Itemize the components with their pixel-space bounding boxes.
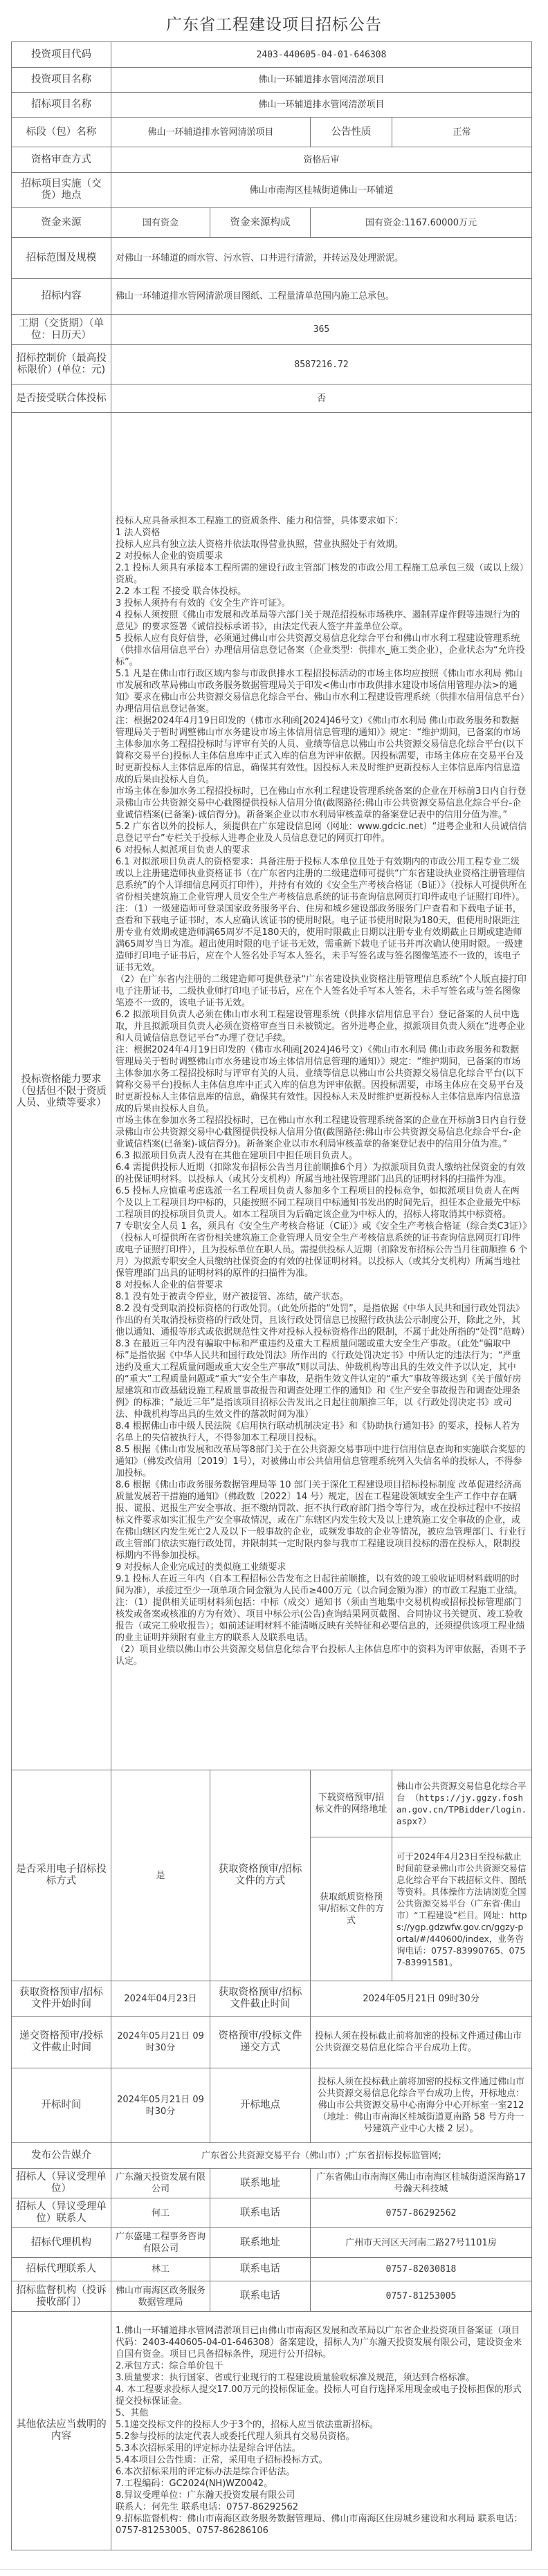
paragraph: 8.1 没有处于被责令停业，财产被接管、冻结，破产状态。	[116, 1291, 527, 1303]
value-section-name: 佛山一环辅道排水管网清淤项目	[111, 118, 311, 147]
value-content: 佛山一环辅道排水管网清淤项目图纸、工程量清单范围内施工总承包。	[111, 279, 532, 315]
row-supervisor: 招标监督机构（投诉接收部门） 佛山市南海区政务服务数据管理局 联系电话 0757…	[12, 2281, 532, 2312]
value-tenderer-address: 广东省佛山市南海区佛山市南海区桂城街道深海路17号瀚天科技城	[311, 2169, 532, 2198]
value-project-code: 2403-440605-04-01-646308	[111, 42, 532, 68]
paragraph: 6.5 投标人应慎重考虑选派一名工程项目负责人参加多个工程项目的投标竞争，如拟派…	[116, 1185, 527, 1221]
row-doc-time: 获取资格预审/招标文件开始时间 2024年04月23日 获取资格预审/招标文件截…	[12, 1981, 532, 2017]
paragraph: 5、其他	[116, 2407, 527, 2419]
value-funding-source: 国有资金	[111, 208, 210, 238]
label-location: 招标项目实施（交货）地点	[12, 173, 111, 208]
paragraph: 市场主体在参加水务工程招投标时，已在佛山市水利工程建设管理系统备案的企业在开标前…	[116, 1115, 527, 1150]
paragraph: 8.异议受理单位：广东瀚天投资发展有限公司	[116, 2490, 527, 2501]
row-funding: 资金来源 国有资金 资金来源构成 国有资金:1167.60000万元	[12, 208, 532, 238]
row-duration: 工期（交货期）（单位：日历天） 365	[12, 315, 532, 345]
value-tenderer: 广东瀚天投资发展有限公司	[111, 2169, 210, 2198]
label-project-name: 投资项目名称	[12, 68, 111, 93]
paragraph: （2）项目业绩以佛山市公共资源交易信息化综合平台投标人主体信息库中的资料为评审依…	[116, 1644, 527, 1667]
paragraph: 市场主体在参加水务工程招投标时，已在佛山市水利工程建设管理系统备案的企业在开标前…	[116, 786, 527, 821]
row-submit: 递交资格预审/投标文件截止时间 2024年05月21日 09时30分 资格预审/…	[12, 2017, 532, 2068]
label-doc-method: 获取资格预审/招标文件的方式	[210, 1770, 311, 1981]
label-media: 发布公告媒介	[12, 2143, 111, 2169]
paragraph: 3.质量要求：执行国家、省或行业现行的工程建设质量验收标准及规范，须达到合格标准…	[116, 2372, 527, 2384]
value-scope: 对佛山一环辅道的雨水管、污水管、口井进行清淤，并转运及处理淤泥。	[111, 238, 532, 279]
value-consortium: 否	[111, 384, 532, 413]
row-location: 招标项目实施（交货）地点 佛山市南海区桂城街道佛山一环辅道	[12, 173, 532, 208]
paragraph: 5 投标人应有良好信誉，必须通过佛山市公共资源交易信息化综合平台和佛山市水利工程…	[116, 633, 527, 668]
value-duration: 365	[111, 315, 532, 345]
paragraph: 9 对投标人企业完成过的类似施工业绩要求	[116, 1562, 527, 1573]
value-submit-method: 投标人须在投标截止前将加密的投标文件通过佛山市公共资源交易信息化综合平台成功上传…	[311, 2017, 532, 2068]
label-agency-address: 联系地址	[210, 2228, 311, 2258]
paragraph: 8.5 根据《佛山市发展和改革局等8部门关于在公共资源交易事项中进行信用信息查询…	[116, 1444, 527, 1479]
paragraph: 2 对投标人企业的资质要求	[116, 550, 527, 562]
row-scope: 招标范围及规模 对佛山一环辅道的雨水管、污水管、口井进行清淤，并转运及处理淤泥。	[12, 238, 532, 279]
paragraph: 2.承包方式：综合单价包干	[116, 2360, 527, 2372]
value-doc-end: 2024年05月21日 09时30分	[311, 1981, 532, 2017]
row-tender-project-name: 招标项目名称 佛山一环辅道排水管网清淤项目	[12, 93, 532, 118]
footer-divider	[0, 2569, 548, 2570]
paragraph: 8.4 根据佛山市中级人民法院《启用执行联动机制决定书》和《协助执行通知书》的要…	[116, 1420, 527, 1444]
announcement-page: 广东省工程建设项目招标公告 投资项目代码 2403-440605-04-01-6…	[0, 0, 548, 2576]
label-supervisor-phone: 联系电话	[210, 2281, 311, 2312]
paragraph: 5.1 凡是在佛山市行政区域内参与市政供排水工程招投标活动的市场主体均应按照《佛…	[116, 668, 527, 715]
row-project-code: 投资项目代码 2403-440605-04-01-646308	[12, 42, 532, 68]
paragraph: 6.3 拟派项目负责人没有在其他在建项目中担任项目负责人。	[116, 1150, 527, 1162]
value-qualification-requirements: 投标人应具备承担本工程施工的资质条件、能力和信誉，具体要求如下：1 法人资格投标…	[111, 413, 532, 1770]
paragraph: 6.4 需提供投标人近期（扣除发布招标公告当月往前顺推6个月）为拟派项目负责人缴…	[116, 1162, 527, 1185]
label-project-code: 投资项目代码	[12, 42, 111, 68]
paragraph: 7.工程编码：GC2024(NH)WZ0042。	[116, 2478, 527, 2490]
value-opening-place: 投标人须在投标截止前将加密的投标文件通过佛山市公共资源交易信息化综合平台成功上传…	[311, 2068, 532, 2143]
paragraph: 5.2参与投标的法定代表人或委托代理人须具有交易员资格。	[116, 2431, 527, 2443]
paragraph: 2.2 本工程 不接受 联合体投标。	[116, 586, 527, 597]
value-other: 1.佛山一环辅道排水管网清淤项目已由佛山市南海区发展和改革局以广东省企业投资项目…	[111, 2312, 532, 2550]
value-tenderer-phone: 0757-86292562	[311, 2198, 532, 2228]
label-agency-phone: 联系电话	[210, 2258, 311, 2281]
page-title: 广东省工程建设项目招标公告	[0, 12, 548, 37]
label-announcement-nature: 公告性质	[311, 118, 392, 147]
paragraph: 6.2 拟派项目负责人必须在佛山市水利工程建设管理系统（供排水信用信息平台）登记…	[116, 1009, 527, 1044]
other-paragraphs: 1.佛山一环辅道排水管网清淤项目已由佛山市南海区发展和改革局以广东省企业投资项目…	[116, 2325, 527, 2537]
value-tenderer-contact: 何工	[111, 2198, 210, 2228]
paragraph: 5.4本项目公告性质：正常，采用电子招标投标方式。	[116, 2454, 527, 2466]
label-submit-method: 资格预审/投标文件递交方式	[210, 2017, 311, 2068]
paragraph: 6.本次招标采用的评定标办法是综合评估法。	[116, 2466, 527, 2478]
row-tenderer: 招标人（异议受理单位） 广东瀚天投资发展有限公司 联系地址 广东省佛山市南海区佛…	[12, 2169, 532, 2198]
label-content: 招标内容	[12, 279, 111, 315]
label-tenderer-contact: 招标人（异议受理单位）联系人	[12, 2198, 111, 2228]
label-ebid: 是否采用电子招标投标方式	[12, 1770, 111, 1981]
value-download-url[interactable]: 佛山市公共资源交易信息化综合平台 （https://jy.ggzy.foshan…	[392, 1770, 532, 1837]
label-opening-time: 开标时间	[12, 2068, 111, 2143]
paragraph: 注：（1）一级建造师可登录国家政务服务平台、住房和城乡建设部政务服务门户查看和下…	[116, 903, 527, 974]
paragraph: 投标人应具有独立法人资格并依法取得营业执照，营业执照处于有效期。	[116, 539, 527, 550]
value-supervisor-phone: 0757-81253005	[311, 2281, 532, 2312]
label-funding-composition: 资金来源构成	[210, 208, 311, 238]
label-section-name: 标段（包）名称	[12, 118, 111, 147]
row-control-price: 招标控制价（最高投标限价）(单位：元) 8587216.72	[12, 345, 532, 384]
value-agency-address: 广州市天河区天河南二路27号1101房	[311, 2228, 532, 2258]
row-content: 招标内容 佛山一环辅道排水管网清淤项目图纸、工程量清单范围内施工总承包。	[12, 279, 532, 315]
row-consortium: 是否接受联合体投标 否	[12, 384, 532, 413]
paragraph: 7 专职安全人员 1 名，须具有《安全生产考核合格证（C证）》或《安全生产考核合…	[116, 1221, 527, 1279]
paragraph: 3 投标人须持有有效的《安全生产许可证》。	[116, 597, 527, 609]
value-opening-time: 2024年05月21日 09时30分	[111, 2068, 210, 2143]
value-location: 佛山市南海区桂城街道佛山一环辅道	[111, 173, 532, 208]
value-doc-start: 2024年04月23日	[111, 1981, 210, 2017]
paragraph: （2）在广东省内注册的二级建造师可提供登录“广东省建设执业资格注册管理信息系统”…	[116, 974, 527, 1009]
value-agency-phone: 0757-82030818	[311, 2258, 532, 2281]
paragraph: 6 对投标人拟派项目负责人的要求	[116, 844, 527, 856]
paragraph: 注：根据2024年4月19日印发的（佛市水利函[2024]46号文）《佛山市水利…	[116, 1044, 527, 1115]
paragraph: 联系人：何先生 联系电话：0757-86292562	[116, 2501, 527, 2513]
row-tenderer-contact: 招标人（异议受理单位）联系人 何工 联系电话 0757-86292562	[12, 2198, 532, 2228]
row-qualification-method: 资格审查方式 资格后审	[12, 147, 532, 173]
label-duration: 工期（交货期）（单位：日历天）	[12, 315, 111, 345]
paragraph: 1.佛山一环辅道排水管网清淤项目已由佛山市南海区发展和改革局以广东省企业投资项目…	[116, 2325, 527, 2360]
paragraph: 5.3本次招标采用的评定标办法是综合评估法。	[116, 2443, 527, 2454]
value-control-price: 8587216.72	[111, 345, 532, 384]
value-qualification-method: 资格后审	[111, 147, 532, 173]
label-agency-contact: 招标代理联系人	[12, 2258, 111, 2281]
label-supervisor: 招标监督机构（投诉接收部门）	[12, 2281, 111, 2312]
label-other: 其他依法应当载明的内容	[12, 2312, 111, 2550]
row-media: 发布公告媒介 广东省公共资源交易平台（佛山市）;广东省招标投标监管网;	[12, 2143, 532, 2169]
row-other: 其他依法应当载明的内容 1.佛山一环辅道排水管网清淤项目已由佛山市南海区发展和改…	[12, 2312, 532, 2550]
label-control-price: 招标控制价（最高投标限价）(单位：元)	[12, 345, 111, 384]
label-funding-source: 资金来源	[12, 208, 111, 238]
label-paper-method: 获取纸质资格预审/招标文件的方式	[311, 1837, 392, 1981]
label-qualification-requirements: 投标资格能力要求（包括但不限于资质人员、业绩等要求）	[12, 413, 111, 1770]
paragraph: 投标人应具备承担本工程施工的资质条件、能力和信誉，具体要求如下：	[116, 515, 527, 527]
value-agency-contact: 林工	[111, 2258, 210, 2281]
value-tender-project-name: 佛山一环辅道排水管网清淤项目	[111, 93, 532, 118]
announcement-table: 投资项目代码 2403-440605-04-01-646308 投资项目名称 佛…	[11, 41, 532, 2550]
paragraph: 9.1 投标人在近三年内（自本工程招标公告发布之日起往前顺推，以有效的竣工验收证…	[116, 1573, 527, 1597]
value-agency: 广东盛建工程事务咨询有限公司	[111, 2228, 210, 2258]
row-project-name: 投资项目名称 佛山一环辅道排水管网清淤项目	[12, 68, 532, 93]
value-media: 广东省公共资源交易平台（佛山市）;广东省招标投标监管网;	[111, 2143, 532, 2169]
label-submit-deadline: 递交资格预审/投标文件截止时间	[12, 2017, 111, 2068]
paragraph: 6.1 对拟派项目负责人的资格要求：具备注册于投标人本单位且处于有效期内的市政公…	[116, 856, 527, 903]
value-ebid: 是	[111, 1770, 210, 1981]
label-tenderer-address: 联系地址	[210, 2169, 311, 2198]
paragraph: 4 投标人须按照《佛山市发展和改革局等六部门关于规范招投标市场秩序、遏制弄虚作假…	[116, 609, 527, 633]
label-doc-start: 获取资格预审/招标文件开始时间	[12, 1981, 111, 2017]
value-supervisor: 佛山市南海区政务服务数据管理局	[111, 2281, 210, 2312]
paragraph: 9.招标监督机构：佛山市南海区政务服务数据管理局、佛山市南海区住房城乡建设和水利…	[116, 2513, 527, 2537]
paragraph: 8 对投标人企业的信誉要求	[116, 1279, 527, 1291]
label-tenderer-phone: 联系电话	[210, 2198, 311, 2228]
label-doc-end: 获取资格预审/招标文件截止时间	[210, 1981, 311, 2017]
paragraph: 4. 本工程要求投标人提交17.00万元的投标保证金。投标人可自行选择采用现金或…	[116, 2384, 527, 2407]
row-agency-contact: 招标代理联系人 林工 联系电话 0757-82030818	[12, 2258, 532, 2281]
row-opening: 开标时间 2024年05月21日 09时30分 开标地点 投标人须在投标截止前将…	[12, 2068, 532, 2143]
paragraph: 8.6 根据《佛山市政务服务数据管理局等 10 部门关于深化工程建设项目招标投标…	[116, 1479, 527, 1562]
value-submit-deadline: 2024年05月21日 09时30分	[111, 2017, 210, 2068]
label-tenderer: 招标人（异议受理单位）	[12, 2169, 111, 2198]
paragraph: 2.1 投标人须具有承接本工程所需的建设行政主管部门核发的市政公用工程施工总承包…	[116, 562, 527, 586]
label-agency: 招标代理机构	[12, 2228, 111, 2258]
paragraph: 5.1递交投标文件的投标人少于3个的，招标人应当依法重新招标。	[116, 2419, 527, 2431]
row-qualification-requirements: 投标资格能力要求（包括但不限于资质人员、业绩等要求） 投标人应具备承担本工程施工…	[12, 413, 532, 1770]
paragraph: 5.2 广东省以外的投标人，须提供在广东建设信息网（网址：www.gdcic.n…	[116, 821, 527, 844]
qualification-paragraphs: 投标人应具备承担本工程施工的资质条件、能力和信誉，具体要求如下：1 法人资格投标…	[116, 515, 527, 1667]
label-consortium: 是否接受联合体投标	[12, 384, 111, 413]
paragraph: 8.2 没有受到取消投标资格的行政处罚。（此处所指的“处罚”，是指依据《中华人民…	[116, 1303, 527, 1338]
row-section-name: 标段（包）名称 佛山一环辅道排水管网清淤项目 公告性质 正常	[12, 118, 532, 147]
label-opening-place: 开标地点	[210, 2068, 311, 2143]
row-ebid-url: 是否采用电子招标投标方式 是 获取资格预审/招标文件的方式 下载资格预审/招标文…	[12, 1770, 532, 1837]
paragraph: 1 法人资格	[116, 527, 527, 539]
paragraph: 8.3 在最近三年内没有骗取中标和严重违约及重大工程质量问题或重大安全生产事故。…	[116, 1338, 527, 1420]
label-tender-project-name: 招标项目名称	[12, 93, 111, 118]
row-agency: 招标代理机构 广东盛建工程事务咨询有限公司 联系地址 广州市天河区天河南二路27…	[12, 2228, 532, 2258]
value-project-name: 佛山一环辅道排水管网清淤项目	[111, 68, 532, 93]
label-scope: 招标范围及规模	[12, 238, 111, 279]
paragraph: 注：根据2024年4月19日印发的（佛市水利函[2024]46号文）《佛山市水利…	[116, 715, 527, 786]
value-announcement-nature: 正常	[392, 118, 532, 147]
value-funding-composition: 国有资金:1167.60000万元	[311, 208, 532, 238]
paragraph: 注：（1）提供相关证明材料须包括：中标（成交）通知书（须由当地集中交易机构或招标…	[116, 1597, 527, 1644]
label-download-url: 下载资格预审/招标文件的网络地址	[311, 1770, 392, 1837]
value-paper-method: 可于2024年4月23日至投标截止时间前登录佛山市公共资源交易信息化综合平台下载…	[392, 1837, 532, 1981]
label-qualification-method: 资格审查方式	[12, 147, 111, 173]
